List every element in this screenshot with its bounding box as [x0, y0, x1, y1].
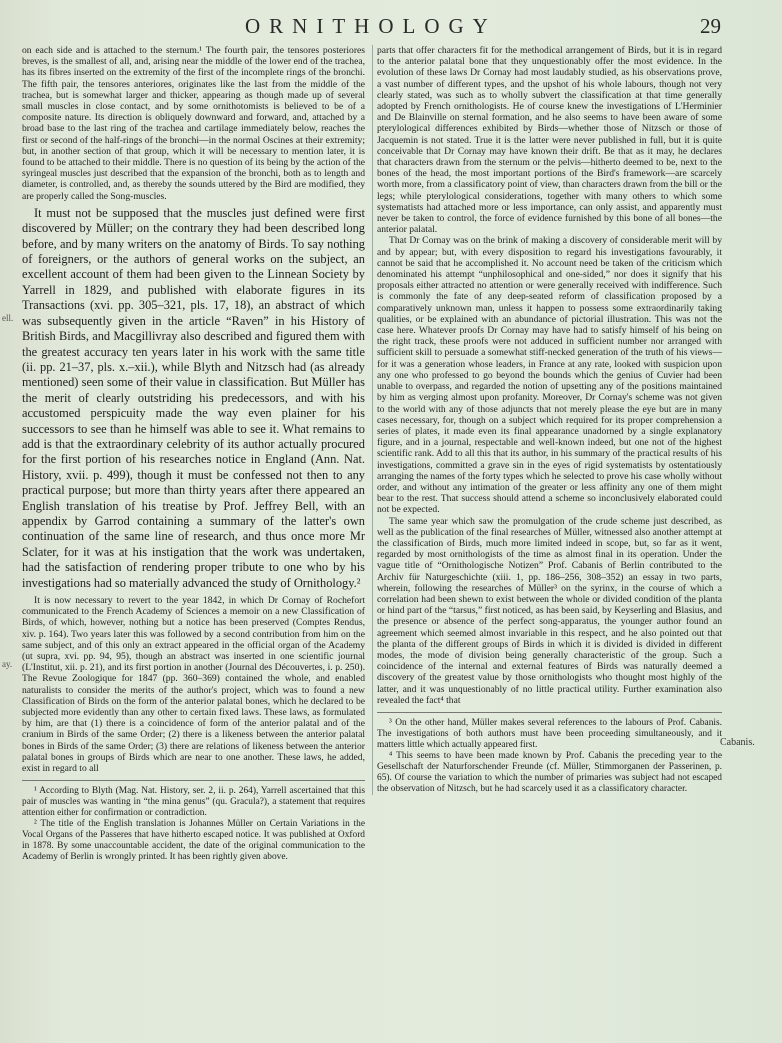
paragraph-palatal-laws: parts that offer characters fit for the … — [377, 45, 722, 235]
paragraph-cornay-criticism: That Dr Cornay was on the brink of makin… — [377, 235, 722, 515]
footnote-divider — [377, 712, 722, 713]
book-page: ORNITHOLOGY 29 ell. ay. Cabanis. on each… — [0, 0, 782, 1043]
footnote-2: ² The title of the English translation i… — [22, 819, 365, 863]
right-column: parts that offer characters fit for the … — [372, 45, 722, 795]
paragraph-cabanis: The same year which saw the promulgation… — [377, 516, 722, 706]
footnote-1: ¹ According to Blyth (Mag. Nat. History,… — [22, 786, 365, 819]
footnote-3: ³ On the other hand, Müller makes severa… — [377, 718, 722, 751]
page-header: ORNITHOLOGY 29 — [0, 12, 782, 40]
left-column: on each side and is attached to the ster… — [22, 45, 365, 863]
paragraph-muller-discovery: It must not be supposed that the muscles… — [22, 206, 365, 591]
page-number: 29 — [700, 14, 721, 39]
margin-note-cabanis: Cabanis. — [720, 737, 755, 748]
margin-note-cornay: ay. — [2, 659, 12, 669]
running-title: ORNITHOLOGY — [245, 14, 497, 39]
footnote-4: ⁴ This seems to have been made known by … — [377, 751, 722, 795]
margin-note-yarrell: ell. — [2, 313, 13, 323]
paragraph-song-muscles: on each side and is attached to the ster… — [22, 45, 365, 202]
paragraph-cornay-1842: It is now necessary to revert to the yea… — [22, 595, 365, 774]
footnote-divider — [22, 780, 365, 781]
